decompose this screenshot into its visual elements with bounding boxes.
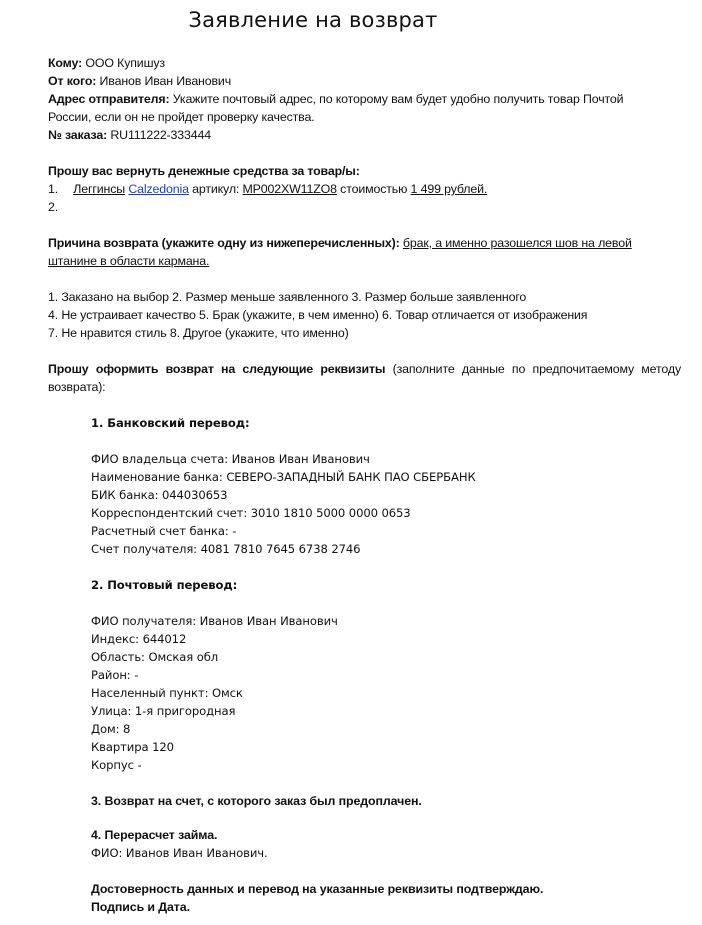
cost-label: стоимостью <box>340 182 407 196</box>
bank-field: ФИО владельца счета: Иванов Иван Иванови… <box>91 450 651 468</box>
reason-line: Причина возврата (укажите одну из нижепе… <box>48 234 632 252</box>
address-value: Укажите почтовый адрес, по которому вам … <box>173 92 624 106</box>
recipient-label: Кому: <box>48 56 82 70</box>
address-line: Адрес отправителя: Укажите почтовый адре… <box>48 90 623 108</box>
bank-field: Наименование банка: СЕВЕРО-ЗАПАДНЫЙ БАНК… <box>91 468 651 486</box>
item-number: 1. <box>48 180 70 198</box>
document-title: Заявление на возврат <box>0 6 654 34</box>
item-product: Леггинсы <box>73 182 125 196</box>
postal-field: Область: Омская обл <box>91 648 651 666</box>
signature-date: Подпись и Дата. <box>91 898 651 916</box>
postal-field: Квартира 120 <box>91 738 651 756</box>
postal-field: Улица: 1-я пригородная <box>91 702 651 720</box>
sender-line: От кого: Иванов Иван Иванович <box>48 72 231 90</box>
postal-field: Населенный пункт: Омск <box>91 684 651 702</box>
reason-options-line: 1. Заказано на выбор 2. Размер меньше за… <box>48 288 526 306</box>
postal-field: ФИО получателя: Иванов Иван Иванович <box>91 612 651 630</box>
refund-heading: Прошу вас вернуть денежные средства за т… <box>48 162 360 180</box>
reason-options-line: 4. Не устраивает качество 5. Брак (укажи… <box>48 306 587 324</box>
bank-field: БИК банка: 044030653 <box>91 486 651 504</box>
article-label: артикул: <box>192 182 239 196</box>
order-number: RU111222-333444 <box>110 128 211 142</box>
reason-value: брак, а именно разошелся шов на левой <box>403 236 632 250</box>
postal-transfer-heading: 2. Почтовый перевод: <box>91 576 651 594</box>
sender-label: От кого: <box>48 74 96 88</box>
address-line-2: России, если он не пройдет проверку каче… <box>48 108 314 126</box>
cost-value: 1 499 рублей. <box>411 182 488 196</box>
refund-item: 1. Леггинсы Calzedonia артикул: MP002XW1… <box>48 180 487 198</box>
confirmation-statement: Достоверность данных и перевод на указан… <box>91 880 651 898</box>
brand-link[interactable]: Calzedonia <box>128 182 189 196</box>
bank-transfer-heading: 1. Банковский перевод: <box>91 414 651 432</box>
sender-value: Иванов Иван Иванович <box>100 74 231 88</box>
loan-recalc-heading: 4. Перерасчет займа. <box>91 826 651 844</box>
recipient-line: Кому: ООО Купишуз <box>48 54 165 72</box>
requisites-heading: Прошу оформить возврат на следующие рекв… <box>48 360 681 396</box>
postal-field: Дом: 8 <box>91 720 651 738</box>
reason-label: Причина возврата (укажите одну из нижепе… <box>48 236 400 250</box>
bank-field: Корреспондентский счет: 3010 1810 5000 0… <box>91 504 651 522</box>
prepaid-return-heading: 3. Возврат на счет, с которого заказ был… <box>91 792 651 810</box>
reason-value-cont: штанине в области кармана. <box>48 252 209 270</box>
article-value: MP002XW11ZO8 <box>242 182 336 196</box>
reason-options-line: 7. Не нравится стиль 8. Другое (укажите,… <box>48 324 349 342</box>
requisites-heading-bold: Прошу оформить возврат на следующие рекв… <box>48 362 385 376</box>
item-number: 2. <box>48 198 70 216</box>
postal-field: Корпус - <box>91 756 651 774</box>
postal-field: Район: - <box>91 666 651 684</box>
order-label: № заказа: <box>48 128 107 142</box>
bank-field: Счет получателя: 4081 7810 7645 6738 274… <box>91 540 651 558</box>
address-label: Адрес отправителя: <box>48 92 169 106</box>
refund-item: 2. <box>48 198 70 216</box>
order-line: № заказа: RU111222-333444 <box>48 126 211 144</box>
postal-field: Индекс: 644012 <box>91 630 651 648</box>
loan-fio: ФИО: Иванов Иван Иванович. <box>91 844 651 862</box>
bank-field: Расчетный счет банка: - <box>91 522 651 540</box>
recipient-value: ООО Купишуз <box>85 56 165 70</box>
